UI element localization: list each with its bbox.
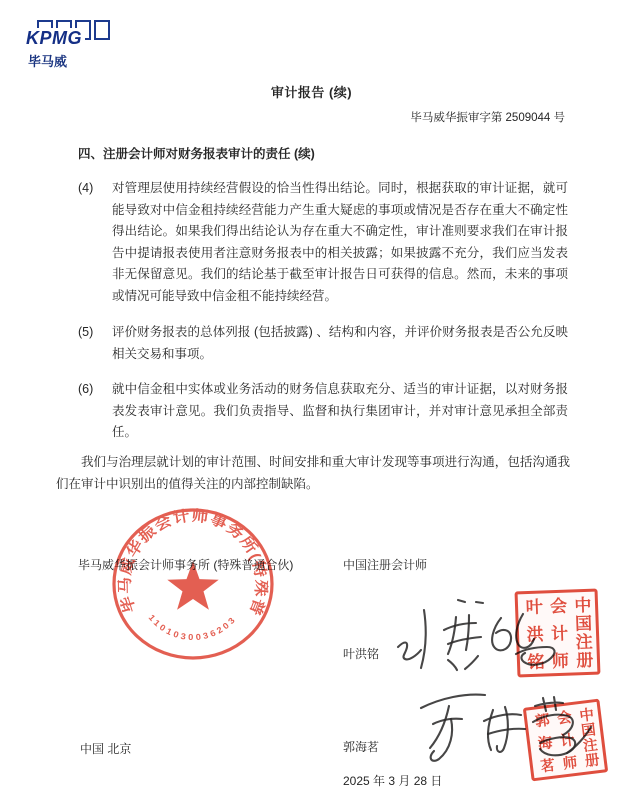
partner2-printed-name: 郭海茗 — [343, 738, 379, 755]
paragraph-5-text: 评价财务报表的总体列报 (包括披露) 、结构和内容，并评价财务报表是否公允反映相… — [112, 322, 568, 365]
seal1-col-title-right: 中国注册 — [572, 596, 592, 669]
paragraph-4-number: (4) — [78, 178, 112, 308]
kpmg-logo: KPMG 毕马威 — [26, 20, 116, 72]
seal-star-icon — [167, 561, 218, 610]
paragraph-6-text: 就中信金租中实体或业务活动的财务信息获取充分、适当的审计证据，以对财务报表发表审… — [112, 379, 568, 444]
firm-seal-stamp-icon: 毕马威华振会计师事务所(特殊普通合伙) 1101030036203 — [110, 506, 276, 662]
report-reference-number: 毕马威华振审字第 2509044 号 — [410, 109, 565, 125]
paragraph-4-text: 对管理层使用持续经营假设的恰当性得出结论。同时，根据获取的审计证据，就可能导致对… — [112, 178, 568, 308]
paragraph-5: (5) 评价财务报表的总体列报 (包括披露) 、结构和内容，并评价财务报表是否公… — [78, 322, 568, 365]
firm-seal-ring-text: 毕马威华振会计师事务所(特殊普通合伙) — [110, 506, 269, 619]
partner1-printed-name: 叶洪铭 — [343, 645, 379, 662]
seal1-col-name: 叶洪铭 — [523, 598, 543, 671]
paragraph-6-number: (6) — [78, 379, 112, 444]
paragraph-5-number: (5) — [78, 322, 112, 365]
seal2-col-name: 郭海茗 — [532, 712, 554, 773]
document-title: 审计报告 (续) — [0, 82, 623, 101]
audit-report-page: KPMG 毕马威 审计报告 (续) 毕马威华振审字第 2509044 号 四、注… — [0, 0, 623, 804]
kpmg-logo-wordmark: KPMG — [26, 28, 85, 49]
cpa-title: 中国注册会计师 — [343, 556, 427, 573]
partner2-cpa-seal-stamp: 中国注册 会计师 郭海茗 — [523, 699, 608, 782]
seal1-col-title-mid: 会计师 — [548, 597, 568, 670]
paragraph-4: (4) 对管理层使用持续经营假设的恰当性得出结论。同时，根据获取的审计证据，就可… — [78, 178, 568, 308]
kpmg-logo-chinese-name: 毕马威 — [28, 51, 67, 70]
paragraph-6: (6) 就中信金租中实体或业务活动的财务信息获取充分、适当的审计证据，以对财务报… — [78, 379, 568, 444]
closing-paragraph: 我们与治理层就计划的审计范围、时间安排和重大审计发现等事项进行沟通，包括沟通我们… — [56, 452, 570, 495]
partner1-cpa-seal-stamp: 中国注册 会计师 叶洪铭 — [515, 589, 601, 678]
signing-location: 中国 北京 — [80, 740, 131, 757]
svg-text:毕马威华振会计师事务所(特殊普通合伙): 毕马威华振会计师事务所(特殊普通合伙) — [110, 506, 269, 619]
svg-text:1101030036203: 1101030036203 — [147, 612, 239, 642]
seal2-col-title-right: 中国注册 — [577, 707, 599, 768]
seal2-col-title-mid: 会计师 — [555, 709, 577, 770]
section-heading: 四、注册会计师对财务报表审计的责任 (续) — [78, 144, 315, 162]
firm-seal-number: 1101030036203 — [147, 612, 239, 642]
